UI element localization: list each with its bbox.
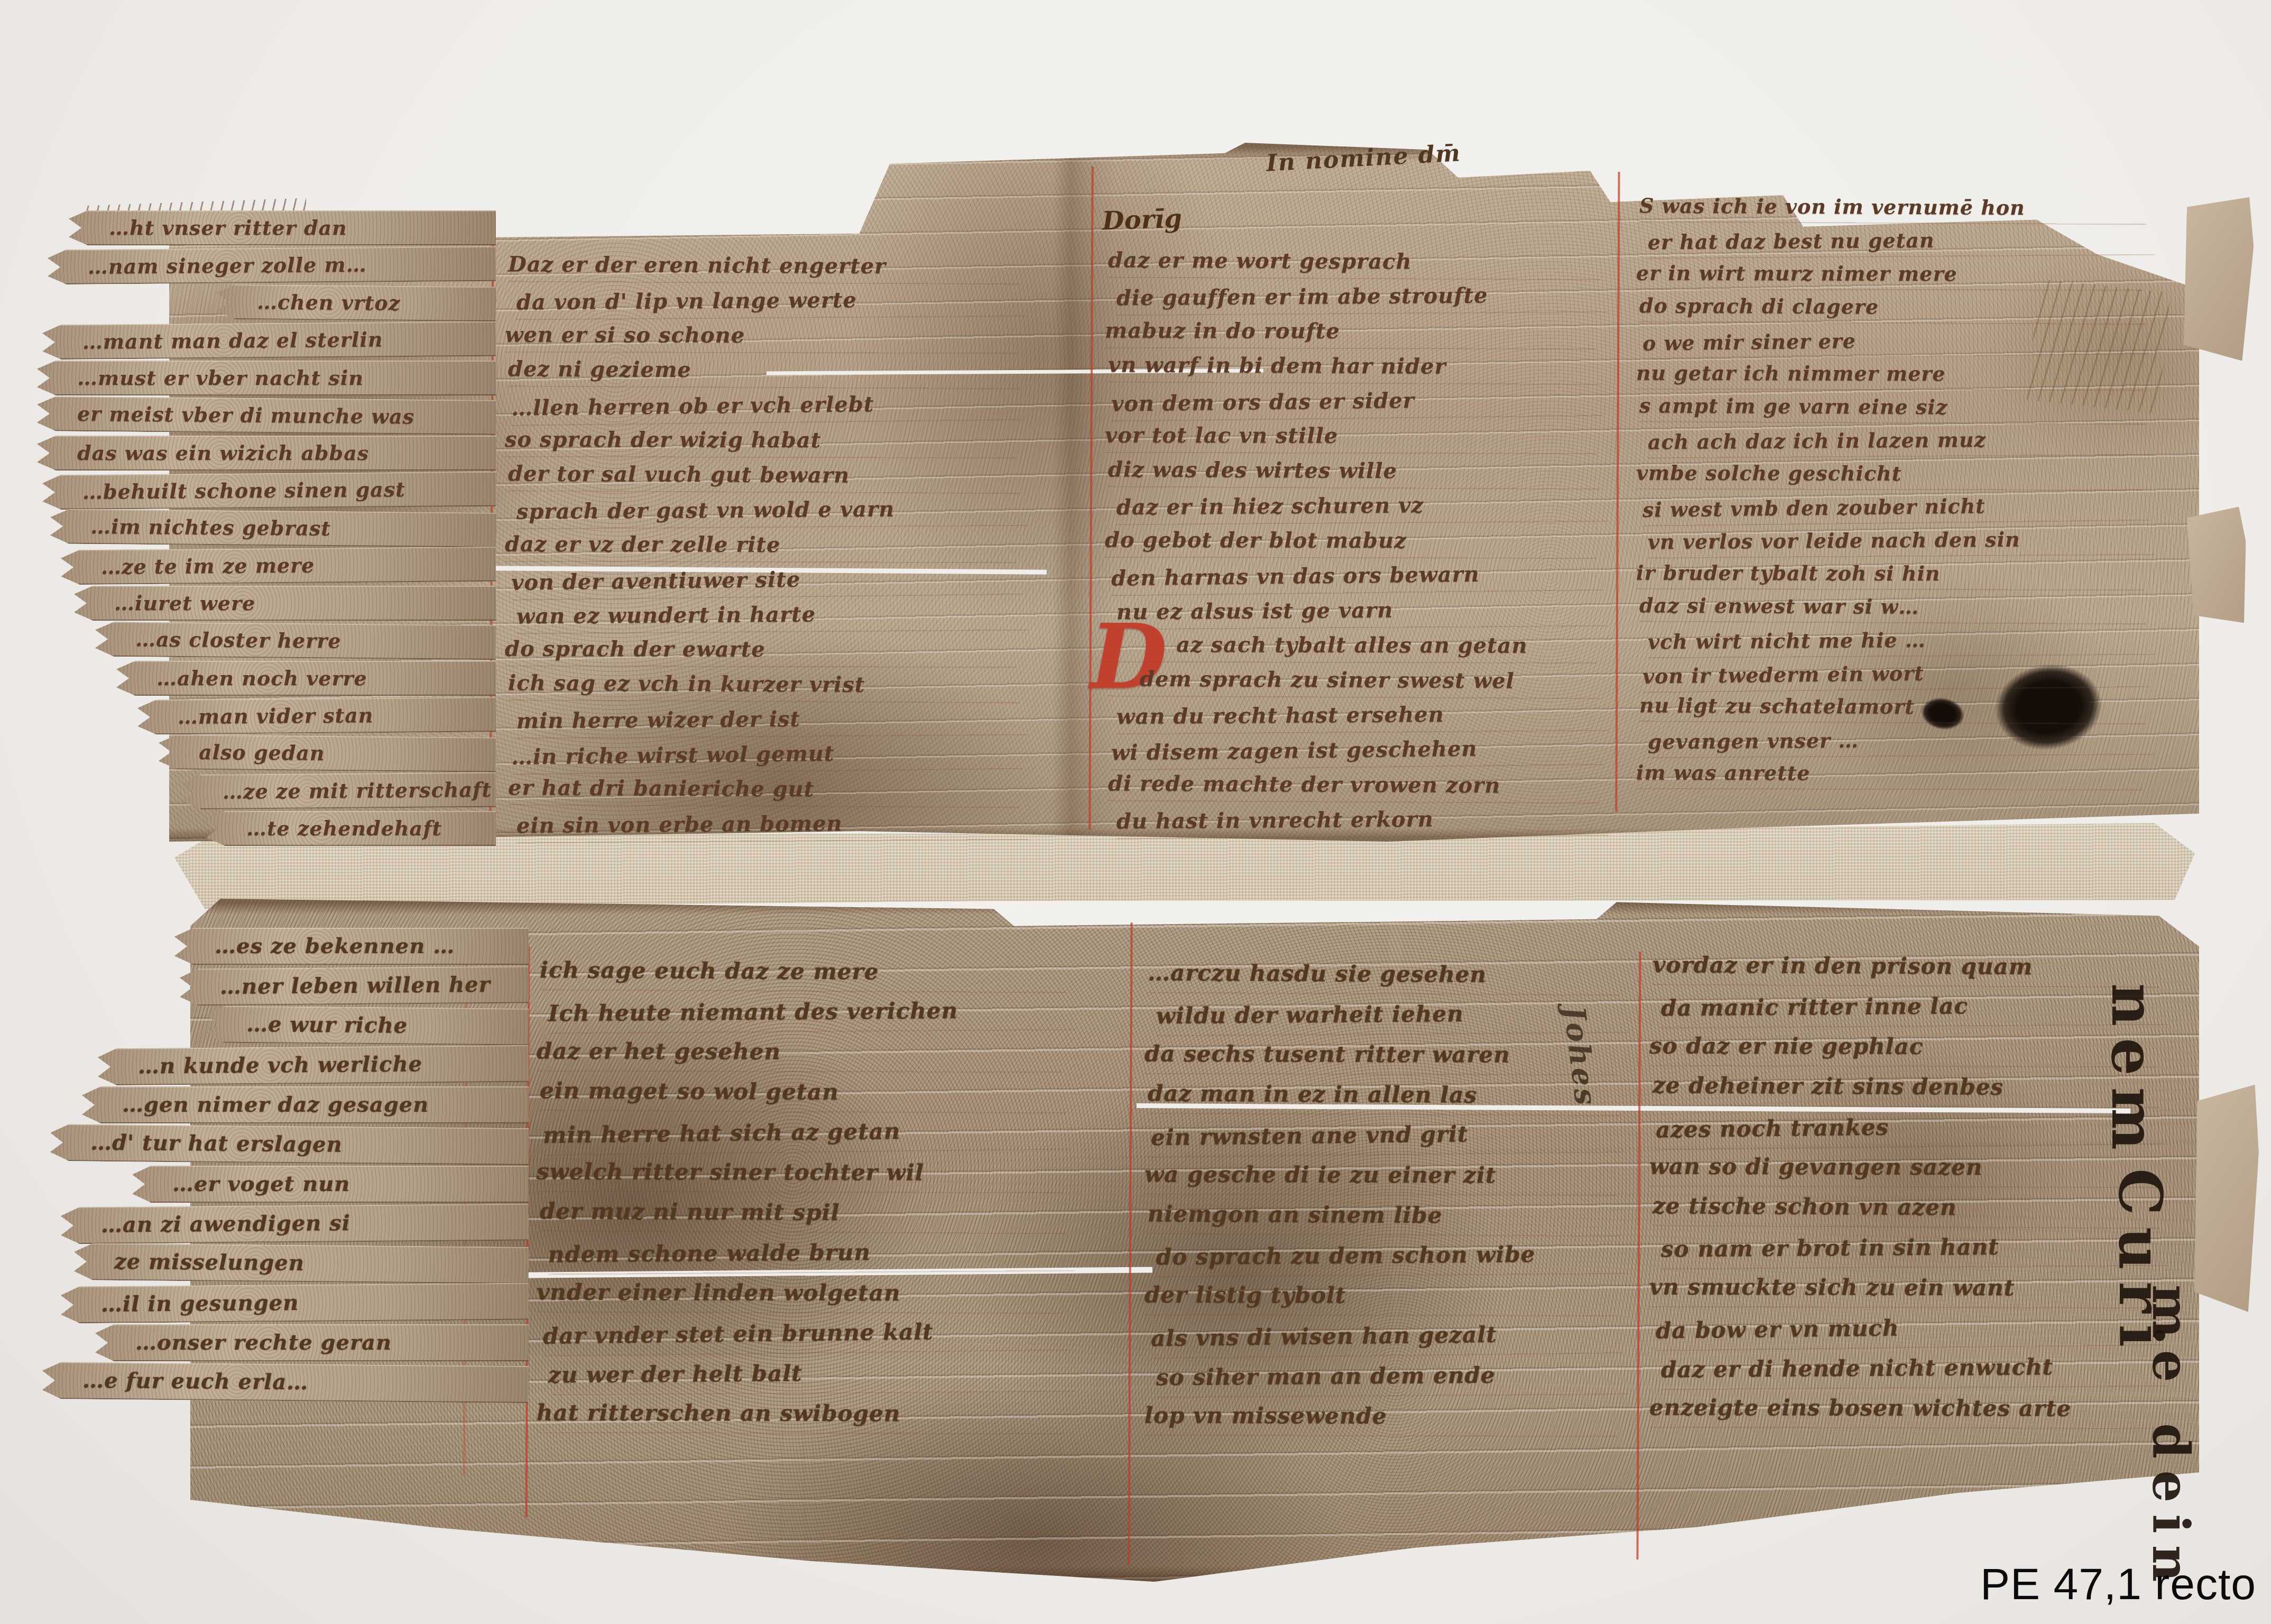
manuscript-text-line: …arczu hasdu sie gesehen [1148,953,1650,996]
lower-column1-strips: …es ze bekennen ……ner leben willen her…e… [37,928,529,1404]
manuscript-text-line: …iuret were [74,586,496,621]
manuscript-text-line: ich sage euch daz ze mere [540,950,1100,993]
manuscript-text-line: den harnas vn das ors bewarn [1111,555,1635,596]
upper-column4: S was ich ie von im vernumē honer hat da… [1636,190,2175,790]
manuscript-text-line: ir bruder tybalt zoh si hin [1636,556,2175,591]
manuscript-text-line: vmbe solche geschicht [1636,456,2175,491]
manuscript-text-line: …an zi awendigen si [61,1204,529,1244]
manuscript-text-line: …must er vber nacht sin [37,361,496,395]
manuscript-text-line: di rede machte der vrowen zorn [1108,766,1631,804]
parchment-scrap [2179,194,2256,361]
manuscript-text-line: …ner leben willen her [180,966,529,1005]
manuscript-text-line: ndem schone walde brun [548,1231,1109,1275]
manuscript-text-line: nu ligt zu schatelamort [1639,688,2178,724]
manuscript-text-line: sprach der gast vn wold e varn [516,491,1061,529]
manuscript-text-line: vch wirt nicht me hie … [1648,621,2187,658]
manuscript-text-line: der muz ni nur mit spil [540,1191,1100,1234]
manuscript-text-line: do gebot der blot mabuz [1105,523,1628,559]
manuscript-text-line: ein maget so wol getan [540,1071,1100,1114]
manuscript-text-line: …ahen noch verre [116,661,496,696]
manuscript-text-line: das was ein wizich abbas [37,436,496,470]
manuscript-text-line: …behuilt schone sinen gast [42,472,496,510]
manuscript-text-line: daz si enwest war si w… [1639,588,2178,624]
manuscript-text-line: Ich heute niemant des verichen [548,990,1109,1034]
manuscript-text-line: er hat dri banieriche gut [508,770,1053,808]
manuscript-text-line: der listig tybolt [1144,1275,1647,1316]
parchment-scrap [2186,506,2249,625]
manuscript-text-line: er in wirt murz nimer mere [1636,256,2175,291]
manuscript-text-line: nu getar ich nimmer mere [1636,356,2175,391]
manuscript-text-line: …n kunde vch werliche [98,1045,529,1085]
manuscript-text-line: …es ze bekennen … [174,928,529,965]
manuscript-text-line: …e wur riche [206,1005,529,1045]
manuscript-text-line: vor tot lac vn stille [1105,418,1628,455]
upper-column1-strips: …ht vnser ritter dan…nam sineger zolle m… [37,210,496,848]
manuscript-text-line: …man vider stan [137,697,496,734]
manuscript-text-line: …in riche wirst wol gemut [511,734,1056,775]
manuscript-text-line: …ze ze mit ritterschaft [182,772,496,810]
manuscript-text-line: …onser rechte geran [95,1324,529,1361]
manuscript-text-line: …te zehendehaft [206,811,496,846]
manuscript-text-line: von dem ors das er sider [1111,381,1635,421]
manuscript-text-line: …il in gesungen [61,1283,529,1324]
photo-background: In nomine dm̄ Dorīg D …ht vnser ritter d… [0,0,2271,1624]
manuscript-text-line: wan du recht hast ersehen [1116,696,1640,734]
manuscript-text-line: wan ez wundert in harte [516,595,1061,634]
manuscript-text-line: wa gesche di ie zu einer zit [1144,1155,1647,1196]
manuscript-text-line: enzeigte eins bosen wichtes arte [1649,1388,2189,1429]
photo-caption: PE 47,1 recto [1980,1560,2256,1608]
manuscript-text-line: mabuz in do roufte [1105,313,1628,350]
manuscript-text-line: …ht vnser ritter dan [69,210,496,245]
manuscript-text-line: gevangen vnser … [1648,721,2187,758]
manuscript-text-line: min herre wizer der ist [516,700,1061,739]
manuscript-text-line: so sprach der wizig habat [505,422,1049,459]
manuscript-text-line: ein sin von erbe an bomen [516,805,1061,843]
manuscript-text-line: ich sag ez vch in kurzer vrist [508,666,1053,703]
manuscript-text-line: du hast in vnrecht erkorn [1116,800,1640,839]
manuscript-text-line: zu wer der helt balt [548,1351,1109,1395]
manuscript-text-line: ein rwnsten ane vnd grit [1151,1112,1654,1158]
manuscript-text-line: von der aventiuwer site [511,559,1056,601]
marginalia-fragment: me dein [2145,1285,2196,1594]
manuscript-text-line: daz er in hiez schuren vz [1116,486,1640,525]
manuscript-text-line: s ampt im ge varn eine siz [1639,389,2178,425]
manuscript-text-line: ach ach daz ich in lazen muz [1648,421,2187,458]
manuscript-text-line: daz er vz der zelle rite [505,527,1049,564]
manuscript-text-line: …er voget nun [132,1166,529,1203]
manuscript-text-line: dem sprach zu siner swest wel [1108,661,1631,699]
manuscript-text-line: …im nichtes gebrast [50,509,496,547]
manuscript-text-line: dez ni gezieme [508,352,1053,389]
manuscript-text-line: min herre hat sich az getan [543,1109,1104,1156]
manuscript-text-line: von ir twederm ein wort [1642,653,2182,693]
manuscript-text-line: az sach tybalt alles an getan [1105,628,1628,664]
manuscript-text-line: daz er het gesehen [537,1031,1097,1073]
manuscript-text-line: …d' tur hat erslagen [50,1124,529,1165]
lower-column2: ich sage euch daz ze mereIch heute niema… [537,952,1097,1434]
manuscript-text-line: daz er me wort gesprach [1108,243,1631,280]
manuscript-text-line: …mant man daz el sterlin [42,321,496,360]
manuscript-text-line: …nam sineger zolle m… [48,246,496,285]
manuscript-text-line: …ze te im ze mere [61,547,496,585]
manuscript-text-line: …llen herren ob er vch erlebt [511,385,1056,426]
upper-column3: daz er me wort gesprachdie gauffen er im… [1105,244,1628,837]
manuscript-text-line: do sprach di clagere [1639,289,2178,325]
manuscript-text-line: ze misselungen [74,1243,529,1284]
marginalia-fragment: nem [2103,983,2162,1161]
manuscript-text-line: do sprach zu dem schon wibe [1156,1234,1659,1278]
manuscript-text-line: die gauffen er im abe stroufte [1116,277,1640,316]
manuscript-text-line: si west vmb den zouber nicht [1642,487,2182,527]
manuscript-text-line: o we mir siner ere [1642,320,2182,360]
column3-heading: Dorīg [1102,206,1182,234]
manuscript-text-line: vn warf in bi dem har nider [1108,347,1631,385]
manuscript-text-line: …gen nimer daz gesagen [82,1086,529,1123]
manuscript-text-line: vordaz er in den prison quam [1653,945,2192,988]
manuscript-text-line: wi disem zagen ist geschehen [1111,730,1635,770]
manuscript-text-line: nu ez alsus ist ge varn [1116,591,1640,630]
manuscript-text-line: Daz er der eren nicht engerter [508,247,1053,284]
manuscript-text-line: swelch ritter siner tochter wil [537,1152,1097,1194]
manuscript-text-line: da von d' lip vn lange werte [516,281,1061,320]
manuscript-text-line: er meist vber di munche was [37,396,496,435]
manuscript-text-line: niemgon an sinem libe [1148,1194,1650,1237]
manuscript-text-line: so siher man an dem ende [1156,1354,1659,1398]
parchment-scrap [2190,1083,2261,1312]
manuscript-text-line: …e fur euch erla… [42,1362,529,1403]
manuscript-text-line: als vns di wisen han gezalt [1151,1313,1654,1359]
manuscript-text-line: diz was des wirtes wille [1108,452,1631,490]
manuscript-text-line: also gedan [159,734,496,772]
manuscript-text-line: vnder einer linden wolgetan [537,1272,1097,1314]
manuscript-text-line: im was anrette [1636,756,2175,791]
manuscript-text-line: hat ritterschen an swibogen [537,1393,1097,1435]
manuscript-text-line: dar vnder stet ein brunne kalt [543,1310,1104,1357]
upper-column2: Daz er der eren nicht engerterda von d' … [505,248,1049,842]
manuscript-text-line: wen er si so schone [505,318,1049,354]
manuscript-text-line: vn verlos vor leide nach den sin [1648,521,2187,558]
manuscript-text-line: …chen vrtoz [217,284,496,322]
manuscript-text-line: do sprach der ewarte [505,632,1049,668]
manuscript-text-line: lop vn missewende [1144,1396,1647,1437]
manuscript-text-line: S was ich ie von im vernumē hon [1639,189,2178,225]
manuscript-text-line: …as closter herre [95,622,496,660]
manuscript-text-line: er hat daz best nu getan [1648,222,2187,259]
manuscript-text-line: der tor sal vuch gut bewarn [508,456,1053,494]
